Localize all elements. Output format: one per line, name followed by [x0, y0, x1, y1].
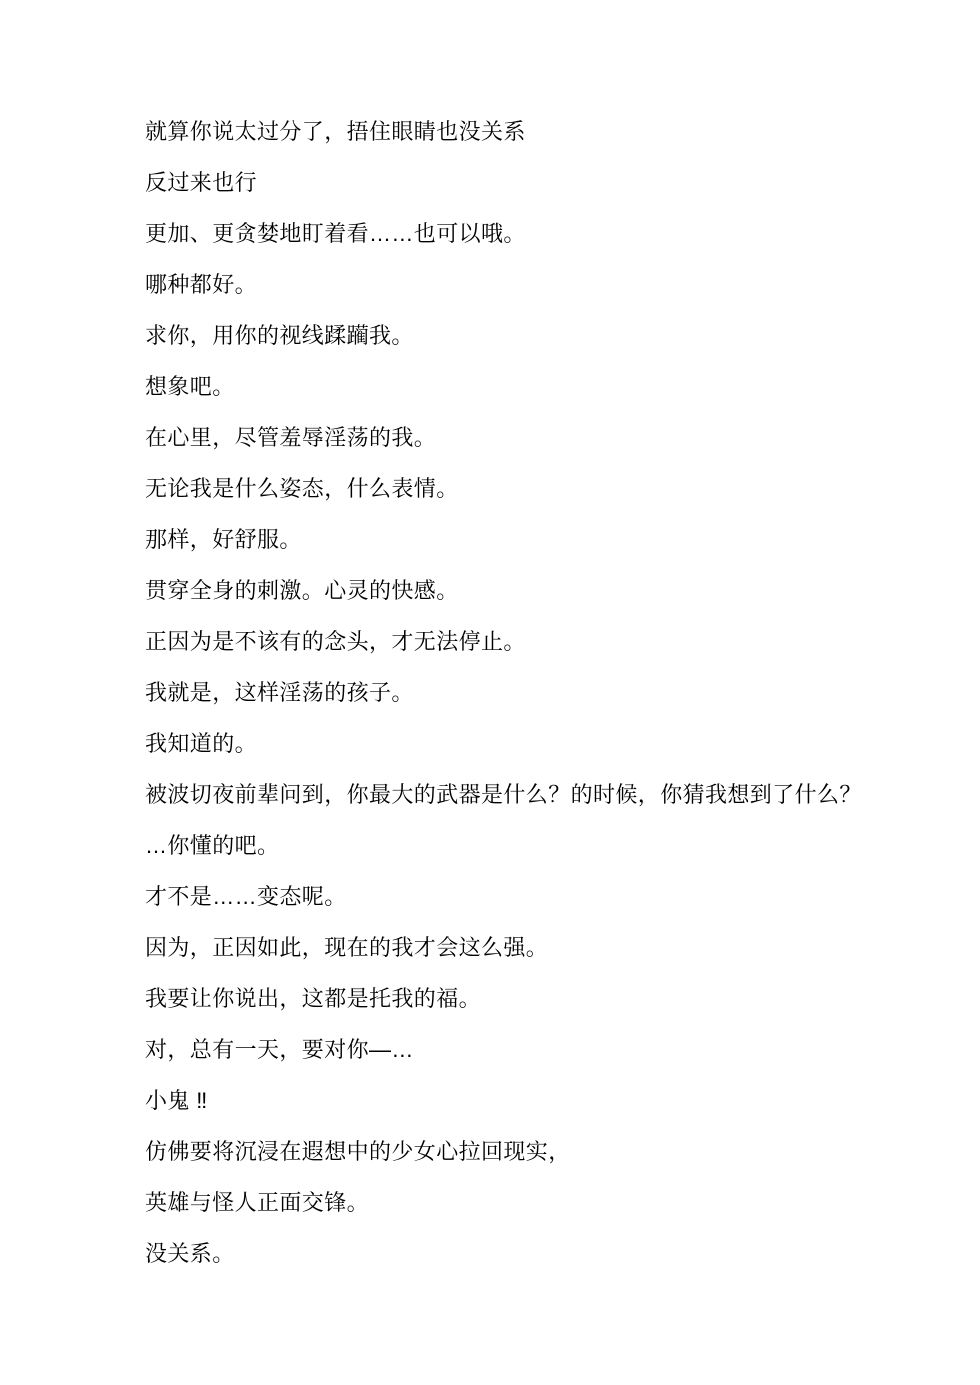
paragraph-line: 被波切夜前辈问到，你最大的武器是什么？的时候，你猜我想到了什么？: [145, 769, 940, 820]
paragraph-line: …你懂的吧。: [145, 820, 940, 871]
paragraph-line: 想象吧。: [145, 361, 940, 412]
paragraph-line: 求你，用你的视线蹂躏我。: [145, 310, 940, 361]
paragraph-line: 哪种都好。: [145, 259, 940, 310]
paragraph-line: 我知道的。: [145, 718, 940, 769]
paragraph-line: 那样，好舒服。: [145, 514, 940, 565]
paragraph-line: 因为，正因如此，现在的我才会这么强。: [145, 922, 940, 973]
paragraph-line: 我就是，这样淫荡的孩子。: [145, 667, 940, 718]
paragraph-line: 仿佛要将沉浸在遐想中的少女心拉回现实，: [145, 1126, 940, 1177]
paragraph-line: 反过来也行: [145, 157, 940, 208]
paragraph-line: 英雄与怪人正面交锋。: [145, 1177, 940, 1228]
paragraph-line: 对，总有一天，要对你—…: [145, 1024, 940, 1075]
paragraph-line: 贯穿全身的刺激。心灵的快感。: [145, 565, 940, 616]
paragraph-line: 就算你说太过分了，捂住眼睛也没关系: [145, 106, 940, 157]
paragraph-line: 才不是……变态呢。: [145, 871, 940, 922]
document-page: 就算你说太过分了，捂住眼睛也没关系 反过来也行 更加、更贪婪地盯着看……也可以哦…: [0, 0, 980, 1385]
paragraph-line: 在心里，尽管羞辱淫荡的我。: [145, 412, 940, 463]
paragraph-line: 小鬼 ‼: [145, 1075, 940, 1126]
paragraph-line: 我要让你说出，这都是托我的福。: [145, 973, 940, 1024]
paragraph-line: 正因为是不该有的念头，才无法停止。: [145, 616, 940, 667]
paragraph-line: 没关系。: [145, 1228, 940, 1279]
paragraph-line: 无论我是什么姿态，什么表情。: [145, 463, 940, 514]
paragraph-line: 更加、更贪婪地盯着看……也可以哦。: [145, 208, 940, 259]
